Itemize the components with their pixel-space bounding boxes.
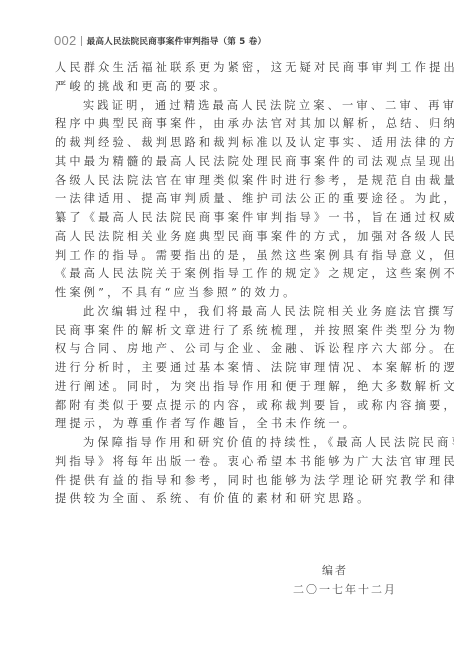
text-line: 的裁判经验、裁判思路和裁判标准以及认定事实、适用法律的方法，将 bbox=[55, 134, 401, 153]
text-line: 权与合同、房地产、公司与企业、金融、诉讼程序六大部分。在对案件 bbox=[55, 340, 401, 359]
text-line: 判指导》将每年出版一卷。衷心希望本书能够为广大法官审理民商事案 bbox=[55, 453, 401, 472]
preface-body: 人民群众生活福祉联系更为紧密，这无疑对民商事审判工作提出了更为 严峻的挑战和更高… bbox=[55, 59, 401, 509]
paragraph: 人民群众生活福祉联系更为紧密，这无疑对民商事审判工作提出了更为 严峻的挑战和更高… bbox=[55, 59, 401, 97]
text-line: 提供较为全面、系统、有价值的素材和研究思路。 bbox=[55, 490, 401, 509]
running-header: 002 最高人民法院民商事案件审判指导（第 5 卷） bbox=[54, 33, 266, 48]
text-line: 为保障指导作用和研究价值的持续性，《最高人民法院民商事案件审 bbox=[55, 434, 401, 453]
text-line: 程序中典型民商事案件，由承办法官对其加以解析，总结、归纳出具体 bbox=[55, 115, 401, 134]
signature-date: 二〇一七年十二月 bbox=[293, 581, 397, 598]
text-line: 纂了《最高人民法院民商事案件审判指导》一书，旨在通过权威解析最 bbox=[55, 209, 401, 228]
text-line: 高人民法院相关业务庭典型民商事案件的方式，加强对各级人民法院审 bbox=[55, 228, 401, 247]
text-line: 其中最为精髓的最高人民法院处理民商事案件的司法观点呈现出来，供 bbox=[55, 153, 401, 172]
running-title: 最高人民法院民商事案件审判指导（第 5 卷） bbox=[87, 35, 267, 47]
text-line: 严峻的挑战和更高的要求。 bbox=[55, 78, 401, 97]
text-line: 进行分析时，主要通过基本案情、法院审理情况、本案解析的逻辑结构 bbox=[55, 359, 401, 378]
text-line: 各级人民法院法官在审理类似案件时进行参考，是规范自由裁量权、统 bbox=[55, 172, 401, 191]
paragraph: 此次编辑过程中，我们将最高人民法院相关业务庭法官撰写的有关 民商事案件的解析文章… bbox=[55, 303, 401, 434]
text-line: 进行阐述。同时，为突出指导作用和便于理解，绝大多数解析文章前面 bbox=[55, 378, 401, 397]
text-line: 件提供有益的指导和参考，同时也能够为法学理论研究教学和律师实务 bbox=[55, 472, 401, 491]
text-line: 《最高人民法院关于案例指导工作的规定》之规定，这些案例不是“指导 bbox=[55, 265, 401, 284]
text-line: 实践证明，通过精选最高人民法院立案、一审、二审、再审等审判 bbox=[55, 97, 401, 116]
text-line: 都附有类似于要点提示的内容，或称裁判要旨，或称内容摘要，或称法 bbox=[55, 397, 401, 416]
text-line: 理提示，为尊重作者写作趣旨，全书未作统一。 bbox=[55, 415, 401, 434]
text-line: 一法律适用、提高审判质量、维护司法公正的重要途径。为此，我们编 bbox=[55, 190, 401, 209]
signature-author: 编者 bbox=[322, 562, 348, 579]
header-divider bbox=[81, 36, 82, 46]
text-line: 民商事案件的解析文章进行了系统梳理，并按照案件类型分为物权、债 bbox=[55, 322, 401, 341]
text-line: 性案例”，不具有“应当参照”的效力。 bbox=[55, 284, 401, 303]
paragraph: 实践证明，通过精选最高人民法院立案、一审、二审、再审等审判 程序中典型民商事案件… bbox=[55, 97, 401, 303]
text-line: 此次编辑过程中，我们将最高人民法院相关业务庭法官撰写的有关 bbox=[55, 303, 401, 322]
text-line: 判工作的指导。需要指出的是，虽然这些案例具有指导意义，但根据 bbox=[55, 247, 401, 266]
text-line: 人民群众生活福祉联系更为紧密，这无疑对民商事审判工作提出了更为 bbox=[55, 59, 401, 78]
page-number: 002 bbox=[54, 33, 77, 48]
paragraph: 为保障指导作用和研究价值的持续性，《最高人民法院民商事案件审 判指导》将每年出版… bbox=[55, 434, 401, 509]
